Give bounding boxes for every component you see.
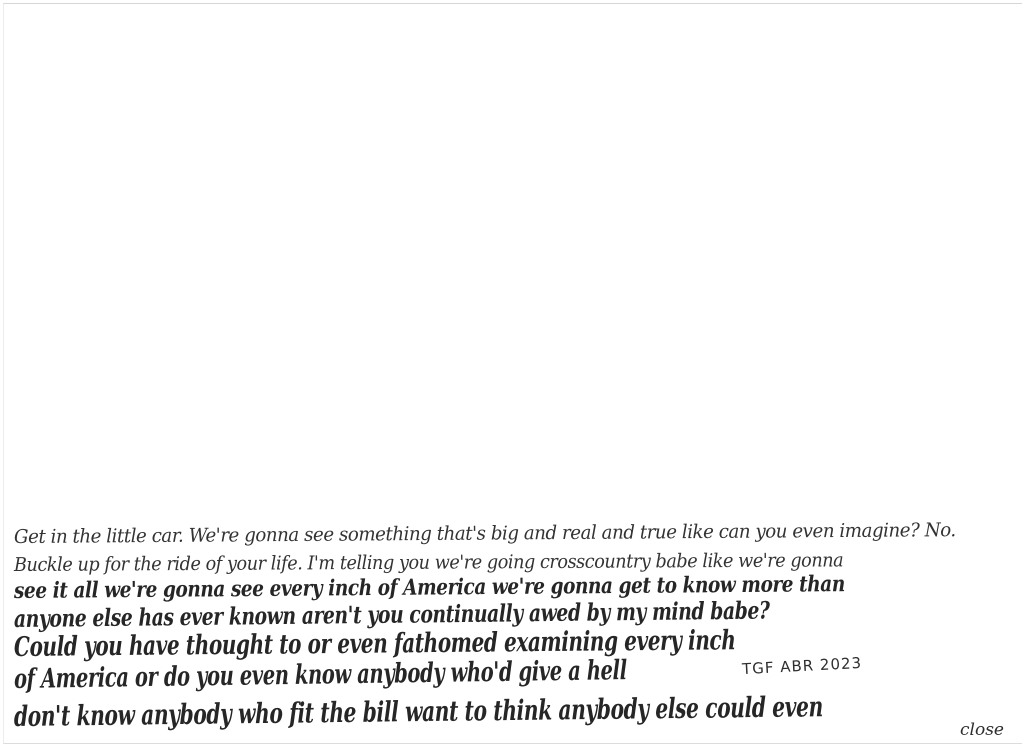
handwritten-line-1: Get in the little car. We're gonna see s… [14, 519, 956, 548]
blank-paper-area [4, 4, 1022, 519]
handwritten-line-5: Could you have thought to or even fathom… [14, 625, 736, 663]
handwritten-trailing-word: close [960, 720, 1004, 740]
handwritten-text-block: Get in the little car. We're gonna see s… [14, 522, 1024, 748]
handwritten-line-7: don't know anybody who fit the bill want… [14, 690, 823, 733]
paper-sheet: Get in the little car. We're gonna see s… [3, 3, 1022, 744]
